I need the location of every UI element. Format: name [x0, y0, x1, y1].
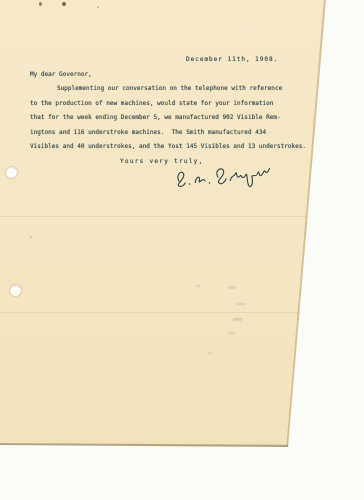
handwritten-signature — [169, 159, 275, 196]
fold-crease — [0, 312, 310, 313]
ink-bleedthrough — [208, 352, 212, 354]
letter-body-line: ingtons and 116 understroke machines. Th… — [30, 129, 266, 137]
scanned-letter: December 11th, 1908. My dear Governor, S… — [0, 0, 364, 500]
letter-body-line: Supplementing our conversation on the te… — [57, 85, 282, 93]
ink-bleedthrough — [233, 318, 242, 321]
letter-paper: December 11th, 1908. My dear Governor, S… — [0, 0, 364, 500]
letter-body-line: that for the week ending December 5, we … — [30, 114, 281, 122]
letter-body-line: Visibles and 40 understrokes, and the Yo… — [30, 143, 306, 151]
paper-bottom-edge — [0, 443, 292, 448]
foxing-speck — [62, 2, 66, 6]
paper-right-edge — [286, 0, 326, 452]
letter-date: December 11th, 1908. — [186, 56, 278, 64]
ink-bleedthrough — [236, 303, 246, 305]
punch-hole — [10, 285, 21, 296]
foxing-speck — [30, 236, 32, 238]
punch-hole — [6, 167, 17, 178]
letter-body-line: to the production of new machines, would… — [30, 100, 273, 108]
ink-bleedthrough — [228, 286, 236, 289]
ink-bleedthrough — [228, 332, 235, 334]
foxing-speck — [97, 6, 99, 8]
foxing-speck — [39, 2, 42, 6]
ink-bleedthrough — [196, 285, 200, 287]
letter-salutation: My dear Governor, — [30, 71, 92, 79]
fold-crease — [0, 216, 318, 217]
